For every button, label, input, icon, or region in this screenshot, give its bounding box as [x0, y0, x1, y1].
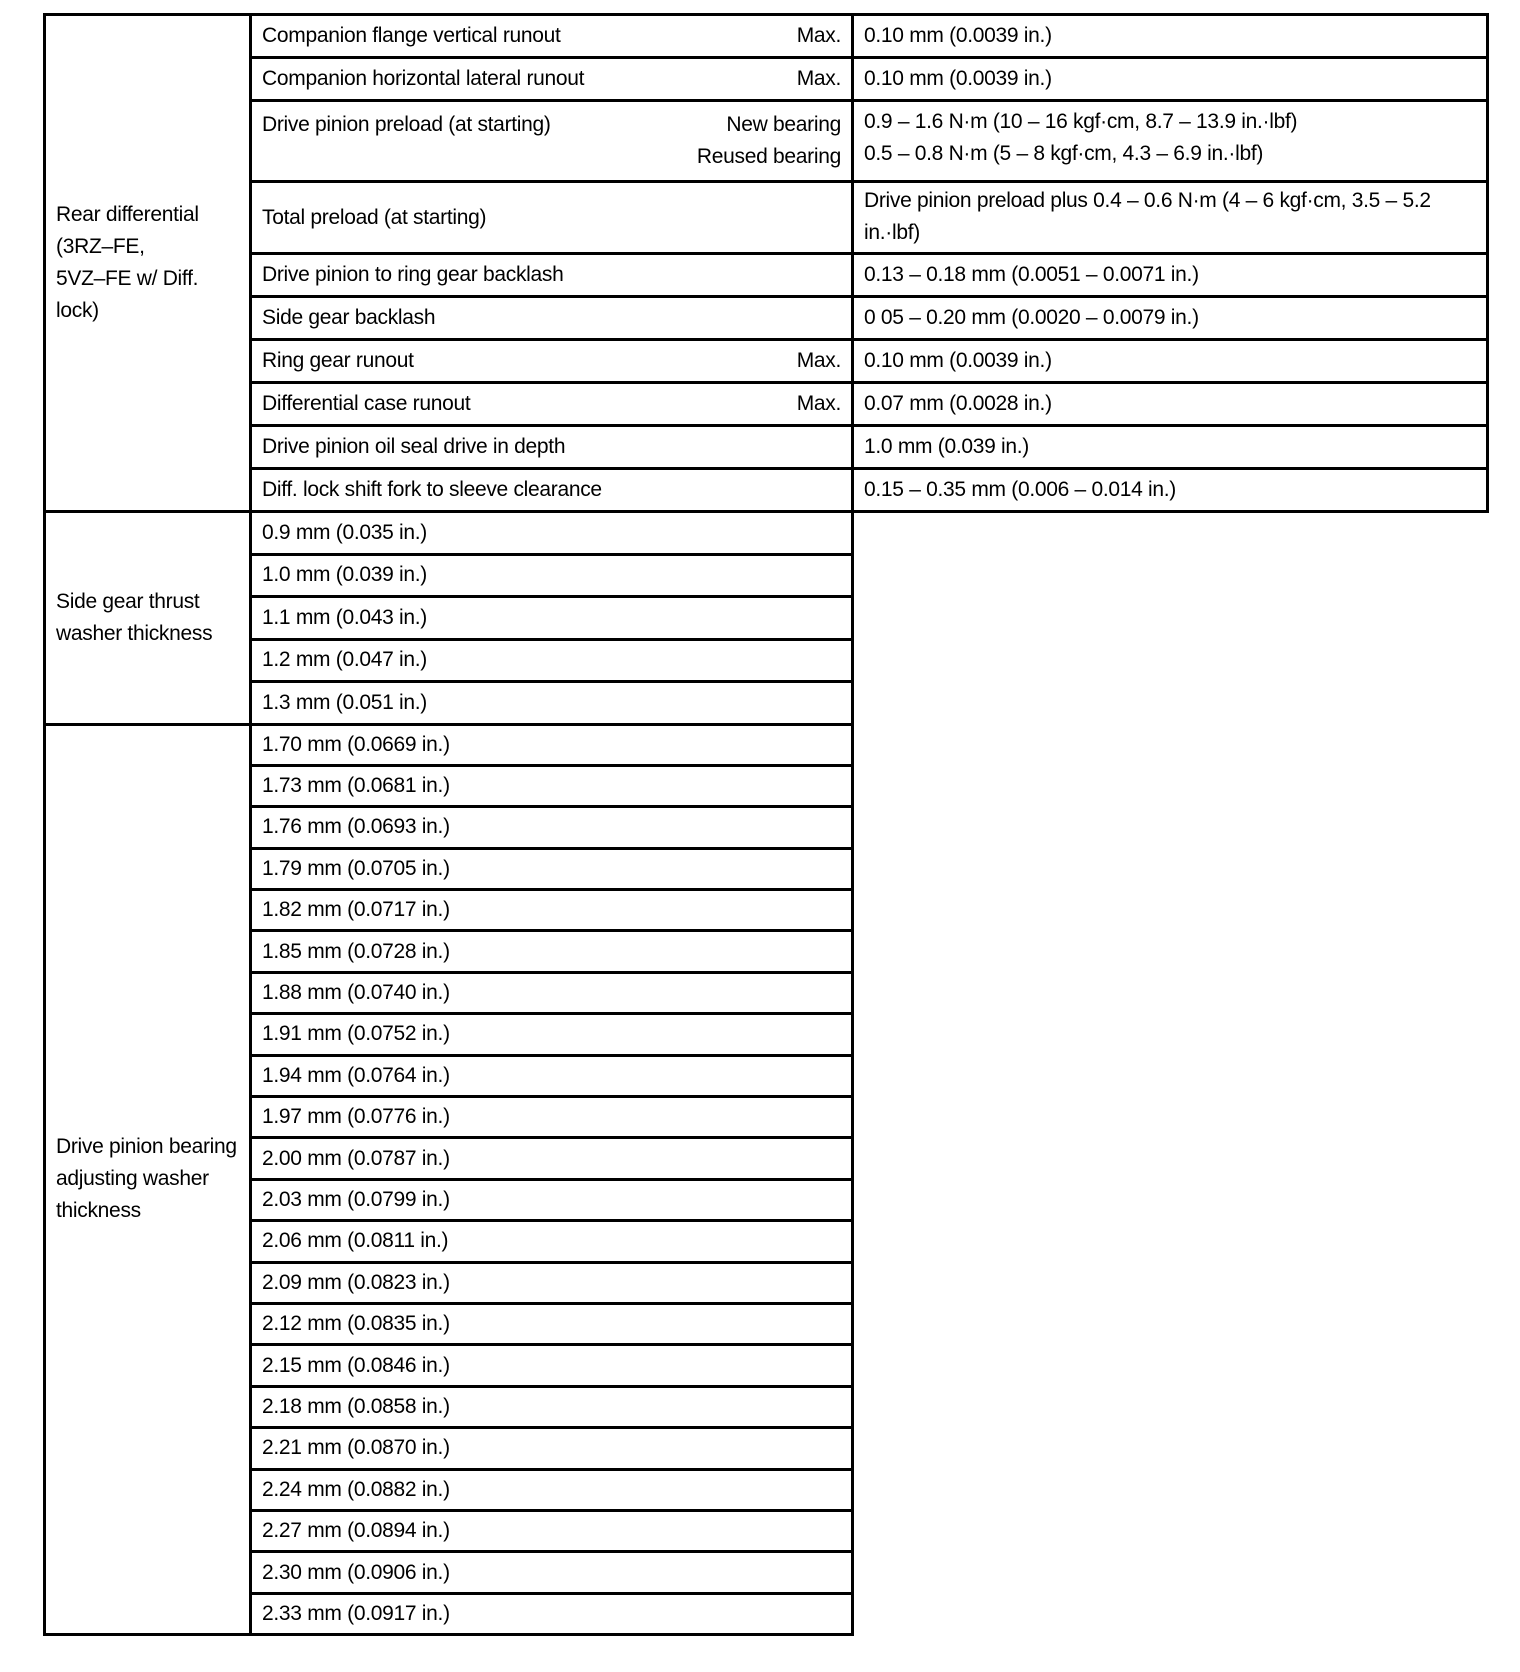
group-label-line: Rear differential: [56, 199, 239, 231]
item-label: Companion flange vertical runout: [262, 20, 561, 52]
value-line: Drive pinion preload plus 0.4 – 0.6 N·m …: [864, 185, 1476, 217]
table-row: 2.33 mm (0.0917 in.): [45, 1593, 1488, 1634]
table-row: Ring gear runout Max. 0.10 mm (0.0039 in…: [45, 340, 1488, 383]
table-row: 2.06 mm (0.0811 in.): [45, 1221, 1488, 1262]
table-row: Drive pinion preload (at starting) New b…: [45, 101, 1488, 182]
adjusting-washer-section: Drive pinion bearing adjusting washer th…: [45, 724, 1488, 1635]
value-cell: Drive pinion preload plus 0.4 – 0.6 N·m …: [853, 182, 1488, 254]
value-line: 0.9 – 1.6 N·m (10 – 16 kgf·cm, 8.7 – 13.…: [864, 106, 1476, 138]
item-cell: Companion flange vertical runout Max.: [251, 15, 853, 58]
value-cell: 1.3 mm (0.051 in.): [251, 682, 853, 725]
table-row: Drive pinion to ring gear backlash 0.13 …: [45, 254, 1488, 297]
item-qualifier: Reused bearing: [697, 141, 841, 173]
item-label: Side gear backlash: [262, 302, 435, 334]
table-row: Side gear backlash 0 05 – 0.20 mm (0.002…: [45, 297, 1488, 340]
item-cell: Drive pinion oil seal drive in depth: [251, 426, 853, 469]
value-cell: 2.24 mm (0.0882 in.): [251, 1469, 853, 1510]
value-cell: 2.33 mm (0.0917 in.): [251, 1593, 853, 1634]
table-row: 2.09 mm (0.0823 in.): [45, 1262, 1488, 1303]
value-cell: 1.70 mm (0.0669 in.): [251, 724, 853, 765]
value-cell: 0 05 – 0.20 mm (0.0020 – 0.0079 in.): [853, 297, 1488, 340]
value-cell: 1.0 mm (0.039 in.): [251, 554, 853, 597]
value-cell: 2.03 mm (0.0799 in.): [251, 1179, 853, 1220]
table-row: 2.21 mm (0.0870 in.): [45, 1428, 1488, 1469]
table-row: Differential case runout Max. 0.07 mm (0…: [45, 383, 1488, 426]
value-cell: 1.88 mm (0.0740 in.): [251, 972, 853, 1013]
value-cell: 2.18 mm (0.0858 in.): [251, 1386, 853, 1427]
item-label: Total preload (at starting): [262, 202, 486, 234]
value-cell: 1.85 mm (0.0728 in.): [251, 931, 853, 972]
item-qualifier: Max.: [797, 345, 841, 377]
table-row: 2.15 mm (0.0846 in.): [45, 1345, 1488, 1386]
item-qualifier: Max.: [797, 20, 841, 52]
table-row: Companion horizontal lateral runout Max.…: [45, 58, 1488, 101]
item-qualifier: Max.: [797, 388, 841, 420]
value-cell: 2.12 mm (0.0835 in.): [251, 1303, 853, 1344]
table-row: Diff. lock shift fork to sleeve clearanc…: [45, 469, 1488, 512]
value-cell: 0.10 mm (0.0039 in.): [853, 58, 1488, 101]
item-cell: Diff. lock shift fork to sleeve clearanc…: [251, 469, 853, 512]
table-row: 2.24 mm (0.0882 in.): [45, 1469, 1488, 1510]
table-row: 2.03 mm (0.0799 in.): [45, 1179, 1488, 1220]
item-cell: Drive pinion preload (at starting) New b…: [251, 101, 853, 182]
value-cell: 1.91 mm (0.0752 in.): [251, 1014, 853, 1055]
item-qualifier: Max.: [797, 63, 841, 95]
item-label: Diff. lock shift fork to sleeve clearanc…: [262, 474, 602, 506]
value-cell: 0.13 – 0.18 mm (0.0051 – 0.0071 in.): [853, 254, 1488, 297]
value-cell: 1.1 mm (0.043 in.): [251, 597, 853, 640]
table-row: 1.3 mm (0.051 in.): [45, 682, 1488, 725]
item-cell: Differential case runout Max.: [251, 383, 853, 426]
value-cell: 1.73 mm (0.0681 in.): [251, 765, 853, 806]
value-cell: 2.30 mm (0.0906 in.): [251, 1552, 853, 1593]
value-cell: 2.15 mm (0.0846 in.): [251, 1345, 853, 1386]
value-cell: 1.0 mm (0.039 in.): [853, 426, 1488, 469]
group-label-line: (3RZ–FE,: [56, 231, 239, 263]
item-cell: Drive pinion to ring gear backlash: [251, 254, 853, 297]
table-row: 1.97 mm (0.0776 in.): [45, 1097, 1488, 1138]
table-row: Rear differential (3RZ–FE, 5VZ–FE w/ Dif…: [45, 15, 1488, 58]
value-line: 0.5 – 0.8 N·m (5 – 8 kgf·cm, 4.3 – 6.9 i…: [864, 138, 1476, 170]
table-row: 2.30 mm (0.0906 in.): [45, 1552, 1488, 1593]
table-row: 1.94 mm (0.0764 in.): [45, 1055, 1488, 1096]
value-cell: 2.09 mm (0.0823 in.): [251, 1262, 853, 1303]
value-cell: 0.15 – 0.35 mm (0.006 – 0.014 in.): [853, 469, 1488, 512]
group-label-line: lock): [56, 295, 239, 327]
value-cell: 0.9 – 1.6 N·m (10 – 16 kgf·cm, 8.7 – 13.…: [853, 101, 1488, 182]
table-row: 2.18 mm (0.0858 in.): [45, 1386, 1488, 1427]
item-label: Differential case runout: [262, 388, 470, 420]
value-cell: 0.07 mm (0.0028 in.): [853, 383, 1488, 426]
table-row: 1.2 mm (0.047 in.): [45, 639, 1488, 682]
table-row: 1.91 mm (0.0752 in.): [45, 1014, 1488, 1055]
service-specification-table: Rear differential (3RZ–FE, 5VZ–FE w/ Dif…: [43, 13, 1489, 1636]
item-cell: Total preload (at starting): [251, 182, 853, 254]
table-row: 1.88 mm (0.0740 in.): [45, 972, 1488, 1013]
table-row: 1.76 mm (0.0693 in.): [45, 807, 1488, 848]
value-cell: 1.97 mm (0.0776 in.): [251, 1097, 853, 1138]
value-cell: 0.10 mm (0.0039 in.): [853, 340, 1488, 383]
item-label: Ring gear runout: [262, 345, 414, 377]
table-row: Side gear thrust washer thickness0.9 mm …: [45, 512, 1488, 555]
value-cell: 0.9 mm (0.035 in.): [251, 512, 853, 555]
value-cell: 1.2 mm (0.047 in.): [251, 639, 853, 682]
group-label-line: 5VZ–FE w/ Diff.: [56, 263, 239, 295]
group-label-cell: Rear differential (3RZ–FE, 5VZ–FE w/ Dif…: [45, 15, 251, 512]
thrust-washer-item-cell: Side gear thrust washer thickness: [45, 512, 251, 725]
value-line: in.·lbf): [864, 217, 1476, 249]
value-cell: 2.00 mm (0.0787 in.): [251, 1138, 853, 1179]
table-row: 2.00 mm (0.0787 in.): [45, 1138, 1488, 1179]
table-row: 1.85 mm (0.0728 in.): [45, 931, 1488, 972]
value-cell: 1.76 mm (0.0693 in.): [251, 807, 853, 848]
value-cell: 1.82 mm (0.0717 in.): [251, 890, 853, 931]
item-cell: Side gear backlash: [251, 297, 853, 340]
table-row: 1.1 mm (0.043 in.): [45, 597, 1488, 640]
item-label: Drive pinion bearing adjusting washer th…: [56, 1131, 239, 1227]
value-cell: 2.21 mm (0.0870 in.): [251, 1428, 853, 1469]
value-cell: 2.27 mm (0.0894 in.): [251, 1510, 853, 1551]
table-row: 2.27 mm (0.0894 in.): [45, 1510, 1488, 1551]
value-cell: 1.79 mm (0.0705 in.): [251, 848, 853, 889]
table-row: Drive pinion bearing adjusting washer th…: [45, 724, 1488, 765]
value-cell: 0.10 mm (0.0039 in.): [853, 15, 1488, 58]
item-label: Drive pinion oil seal drive in depth: [262, 431, 565, 463]
table-row: 1.79 mm (0.0705 in.): [45, 848, 1488, 889]
item-label: Companion horizontal lateral runout: [262, 63, 584, 95]
item-label: Drive pinion preload (at starting): [262, 109, 551, 141]
item-cell: Companion horizontal lateral runout Max.: [251, 58, 853, 101]
table-row: 1.82 mm (0.0717 in.): [45, 890, 1488, 931]
value-cell: 2.06 mm (0.0811 in.): [251, 1221, 853, 1262]
item-qualifier: New bearing: [697, 109, 841, 141]
item-cell: Ring gear runout Max.: [251, 340, 853, 383]
table-row: Total preload (at starting) Drive pinion…: [45, 182, 1488, 254]
adjusting-washer-item-cell: Drive pinion bearing adjusting washer th…: [45, 724, 251, 1635]
value-cell: 1.94 mm (0.0764 in.): [251, 1055, 853, 1096]
item-label: Drive pinion to ring gear backlash: [262, 259, 563, 291]
table-row: 2.12 mm (0.0835 in.): [45, 1303, 1488, 1344]
table-row: 1.0 mm (0.039 in.): [45, 554, 1488, 597]
thrust-washer-section: Side gear thrust washer thickness0.9 mm …: [45, 512, 1488, 725]
item-label: Side gear thrust washer thickness: [56, 586, 239, 650]
table-row: Drive pinion oil seal drive in depth 1.0…: [45, 426, 1488, 469]
table-row: 1.73 mm (0.0681 in.): [45, 765, 1488, 806]
